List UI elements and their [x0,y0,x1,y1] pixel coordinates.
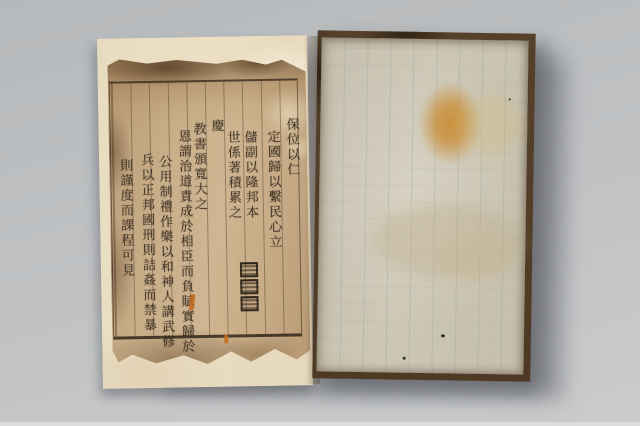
left-page: 保位以仁 定國歸以繫民心立 儲副以隆邦本 世係著積累之 慶 教書頒寬大之 恩謂治… [97,35,313,389]
text-column-8: 公用制禮作樂以和神人講武修 [155,155,174,350]
text-column-6: 教書頒寬大之 [189,122,207,212]
text-column-4: 世係著積累之 [224,130,242,220]
text-column-5: 慶 [207,119,223,134]
text-column-9: 兵以正邦國刑則詰姦而禁暴 [137,153,156,333]
text-column-2: 定國歸以繫民心立 [264,130,282,250]
seal-stamp-upper [240,262,258,277]
text-column-1: 保位以仁 [282,117,299,177]
ink-speck-2 [403,357,406,360]
soft-stain-2 [438,234,511,281]
printed-leaf: 保位以仁 定國歸以繫民心立 儲副以隆邦本 世係著積累之 慶 教書頒寬大之 恩謂治… [107,56,310,365]
seal-stamp-middle [240,279,258,294]
vermillion-mark-2 [224,335,228,344]
ink-speck-1 [441,334,445,337]
photo-bottom-edge [0,422,640,426]
seal-stamp-lower [240,296,258,311]
text-column-3: 儲副以隆邦本 [241,130,259,220]
ink-speck-3 [509,98,511,100]
text-column-10: 則謹度而課程可見 [116,158,134,278]
photo-background: 保位以仁 定國歸以繫民心立 儲副以隆邦本 世係著積累之 慶 教書頒寬大之 恩謂治… [0,0,640,426]
right-page [312,30,535,381]
seal-stamp-stack [240,262,261,313]
printing-frame: 保位以仁 定國歸以繫民心立 儲副以隆邦本 世係著積累之 慶 教書頒寬大之 恩謂治… [109,78,302,339]
stain-halo [460,95,521,156]
right-page-paper [316,37,528,374]
